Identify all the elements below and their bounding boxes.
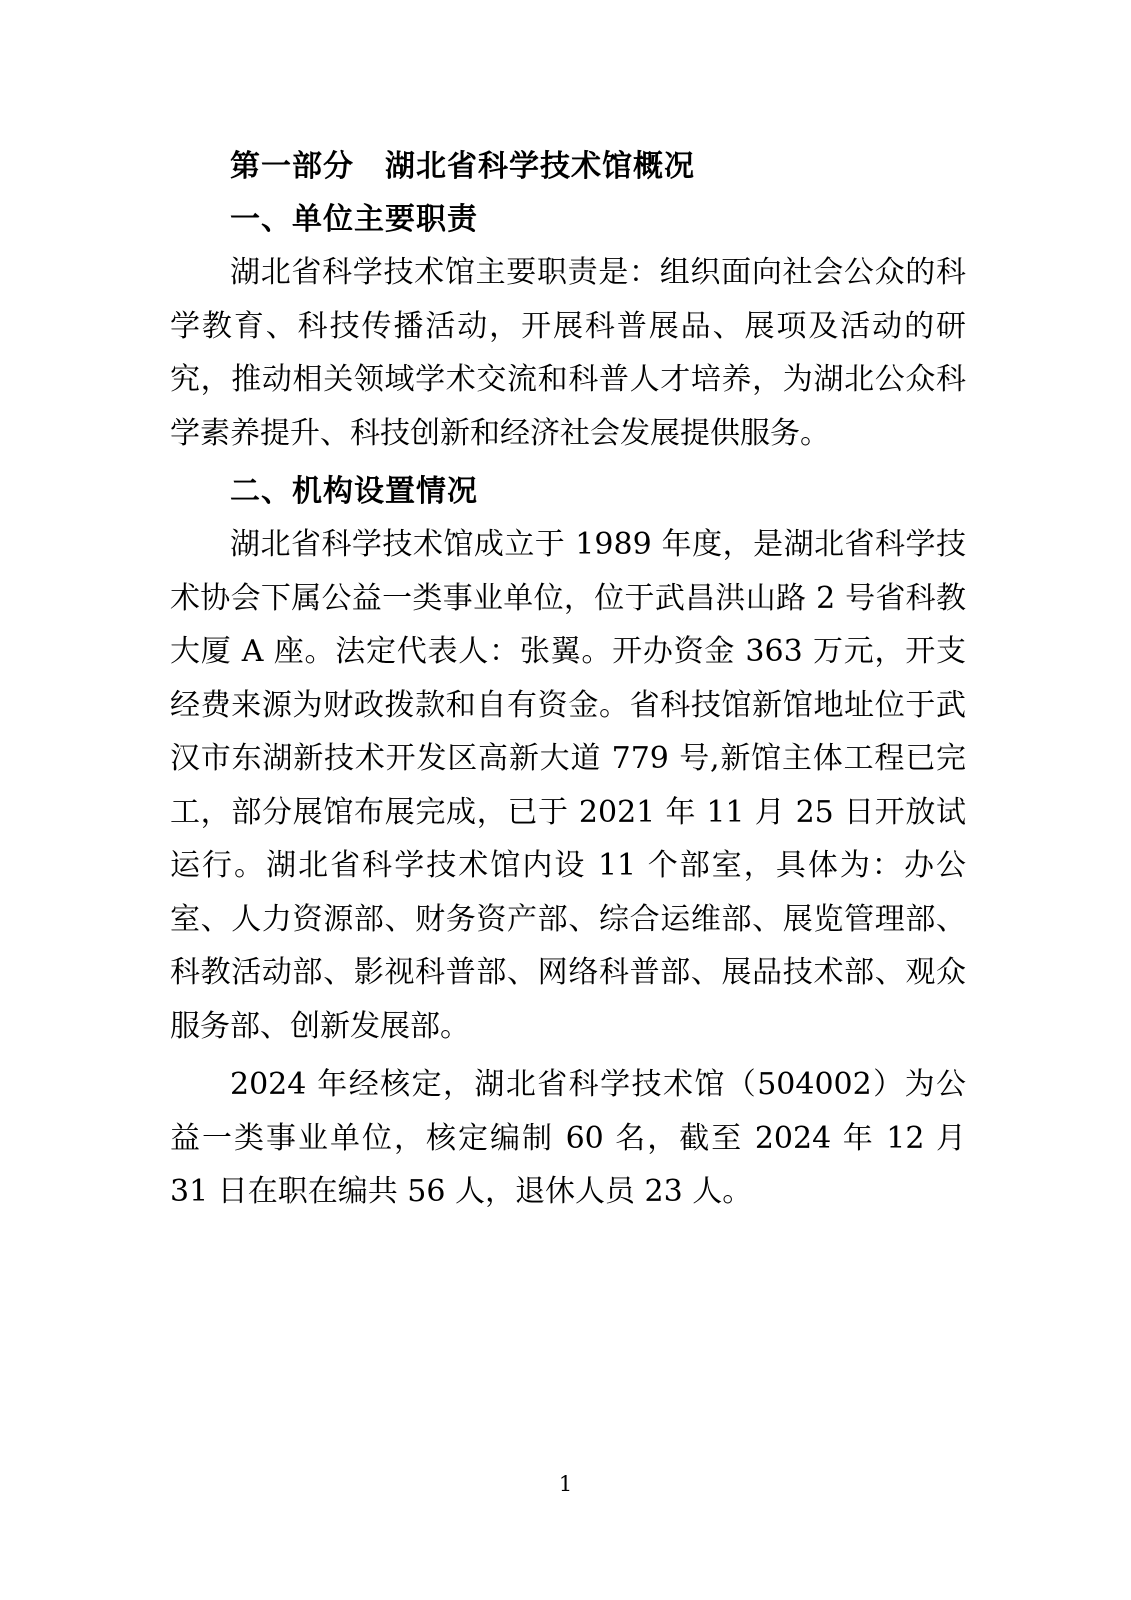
page-number: 1: [0, 1470, 1131, 1498]
document-body: 第一部分 湖北省科学技术馆概况 一、单位主要职责 湖北省科学技术馆主要职责是：组…: [170, 140, 966, 1219]
document-page: 第一部分 湖北省科学技术馆概况 一、单位主要职责 湖北省科学技术馆主要职责是：组…: [0, 0, 1131, 1600]
paragraph-organization-overview: 湖北省科学技术馆成立于 1989 年度，是湖北省科学技术协会下属公益一类事业单位…: [170, 518, 966, 1053]
paragraph-staffing-2024: 2024 年经核定，湖北省科学技术馆（504002）为公益一类事业单位，核定编制…: [170, 1058, 966, 1219]
section-heading-unit-duties: 一、单位主要职责: [170, 193, 966, 246]
section-heading-organization-setup: 二、机构设置情况: [170, 465, 966, 518]
part-title: 第一部分 湖北省科学技术馆概况: [170, 140, 966, 193]
paragraph-unit-duties: 湖北省科学技术馆主要职责是：组织面向社会公众的科学教育、科技传播活动，开展科普展…: [170, 246, 966, 460]
